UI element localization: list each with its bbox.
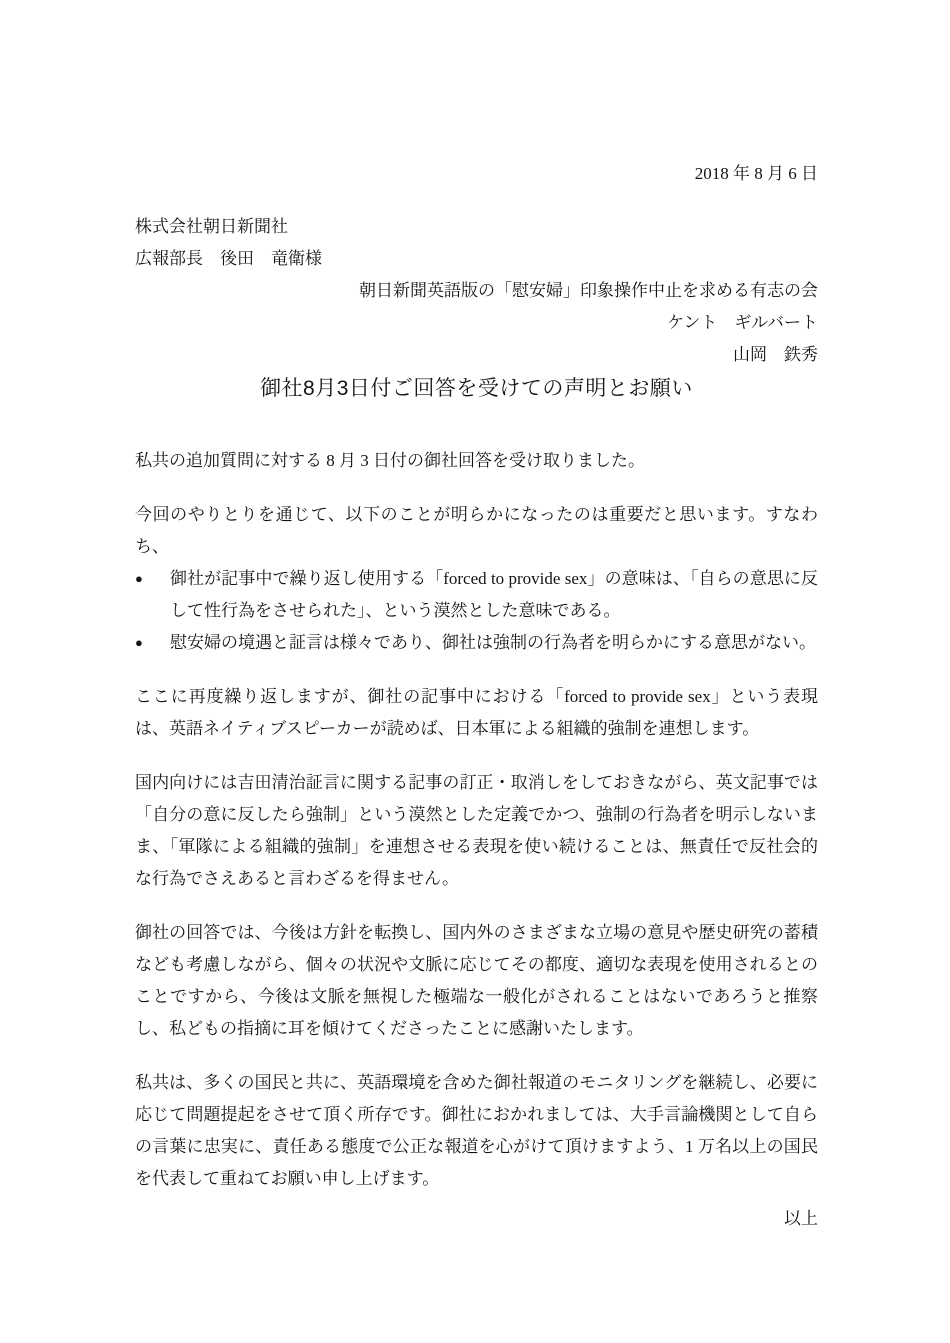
paragraph-receipt: 私共の追加質問に対する 8 月 3 日付の御社回答を受け取りました。 [135,445,818,477]
paragraph-acknowledgement: 御社の回答では、今後は方針を転換し、国内外のさまざまな立場の意見や歴史研究の蓄積… [135,917,818,1045]
closing-text: 以上 [135,1203,818,1235]
paragraph-request: 私共は、多くの国民と共に、英語環境を含めた御社報道のモニタリングを継続し、必要に… [135,1067,818,1195]
bullet-text-1: 御社が記事中で繰り返し使用する「forced to provide sex」の意… [170,563,818,627]
letter-content: 2018 年 8 月 6 日 株式会社朝日新聞社 広報部長 後田 竜衛様 朝日新… [135,158,818,1235]
recipient-person: 広報部長 後田 竜衛様 [135,243,818,275]
paragraph-findings-intro: 今回のやりとりを通じて、以下のことが明らかになったのは重要だと思います。すなわち… [135,499,818,563]
date-line: 2018 年 8 月 6 日 [135,158,818,190]
bullet-icon: ● [135,563,170,595]
bullet-item-1: ● 御社が記事中で繰り返し使用する「forced to provide sex」… [135,563,818,627]
recipient-company: 株式会社朝日新聞社 [135,211,818,243]
letter-page: 2018 年 8 月 6 日 株式会社朝日新聞社 広報部長 後田 竜衛様 朝日新… [0,0,950,1343]
bullet-icon: ● [135,627,170,659]
bullet-list: ● 御社が記事中で繰り返し使用する「forced to provide sex」… [135,563,818,659]
sender-group: 朝日新聞英語版の「慰安婦」印象操作中止を求める有志の会 [135,275,818,307]
bullet-text-2: 慰安婦の境遇と証言は様々であり、御社は強制の行為者を明らかにする意思がない。 [170,627,818,659]
bullet-item-2: ● 慰安婦の境遇と証言は様々であり、御社は強制の行為者を明らかにする意思がない。 [135,627,818,659]
paragraph-repeat-warning: ここに再度繰り返しますが、御社の記事中における「forced to provid… [135,681,818,745]
paragraph-criticism: 国内向けには吉田清治証言に関する記事の訂正・取消しをしておきながら、英文記事では… [135,767,818,895]
sender-name-yamaoka-tetsuhide: 山岡 鉄秀 [135,339,818,371]
document-title: 御社8月3日付ご回答を受けての声明とお願い [135,371,818,407]
sender-name-kent-gilbert: ケント ギルバート [135,307,818,339]
